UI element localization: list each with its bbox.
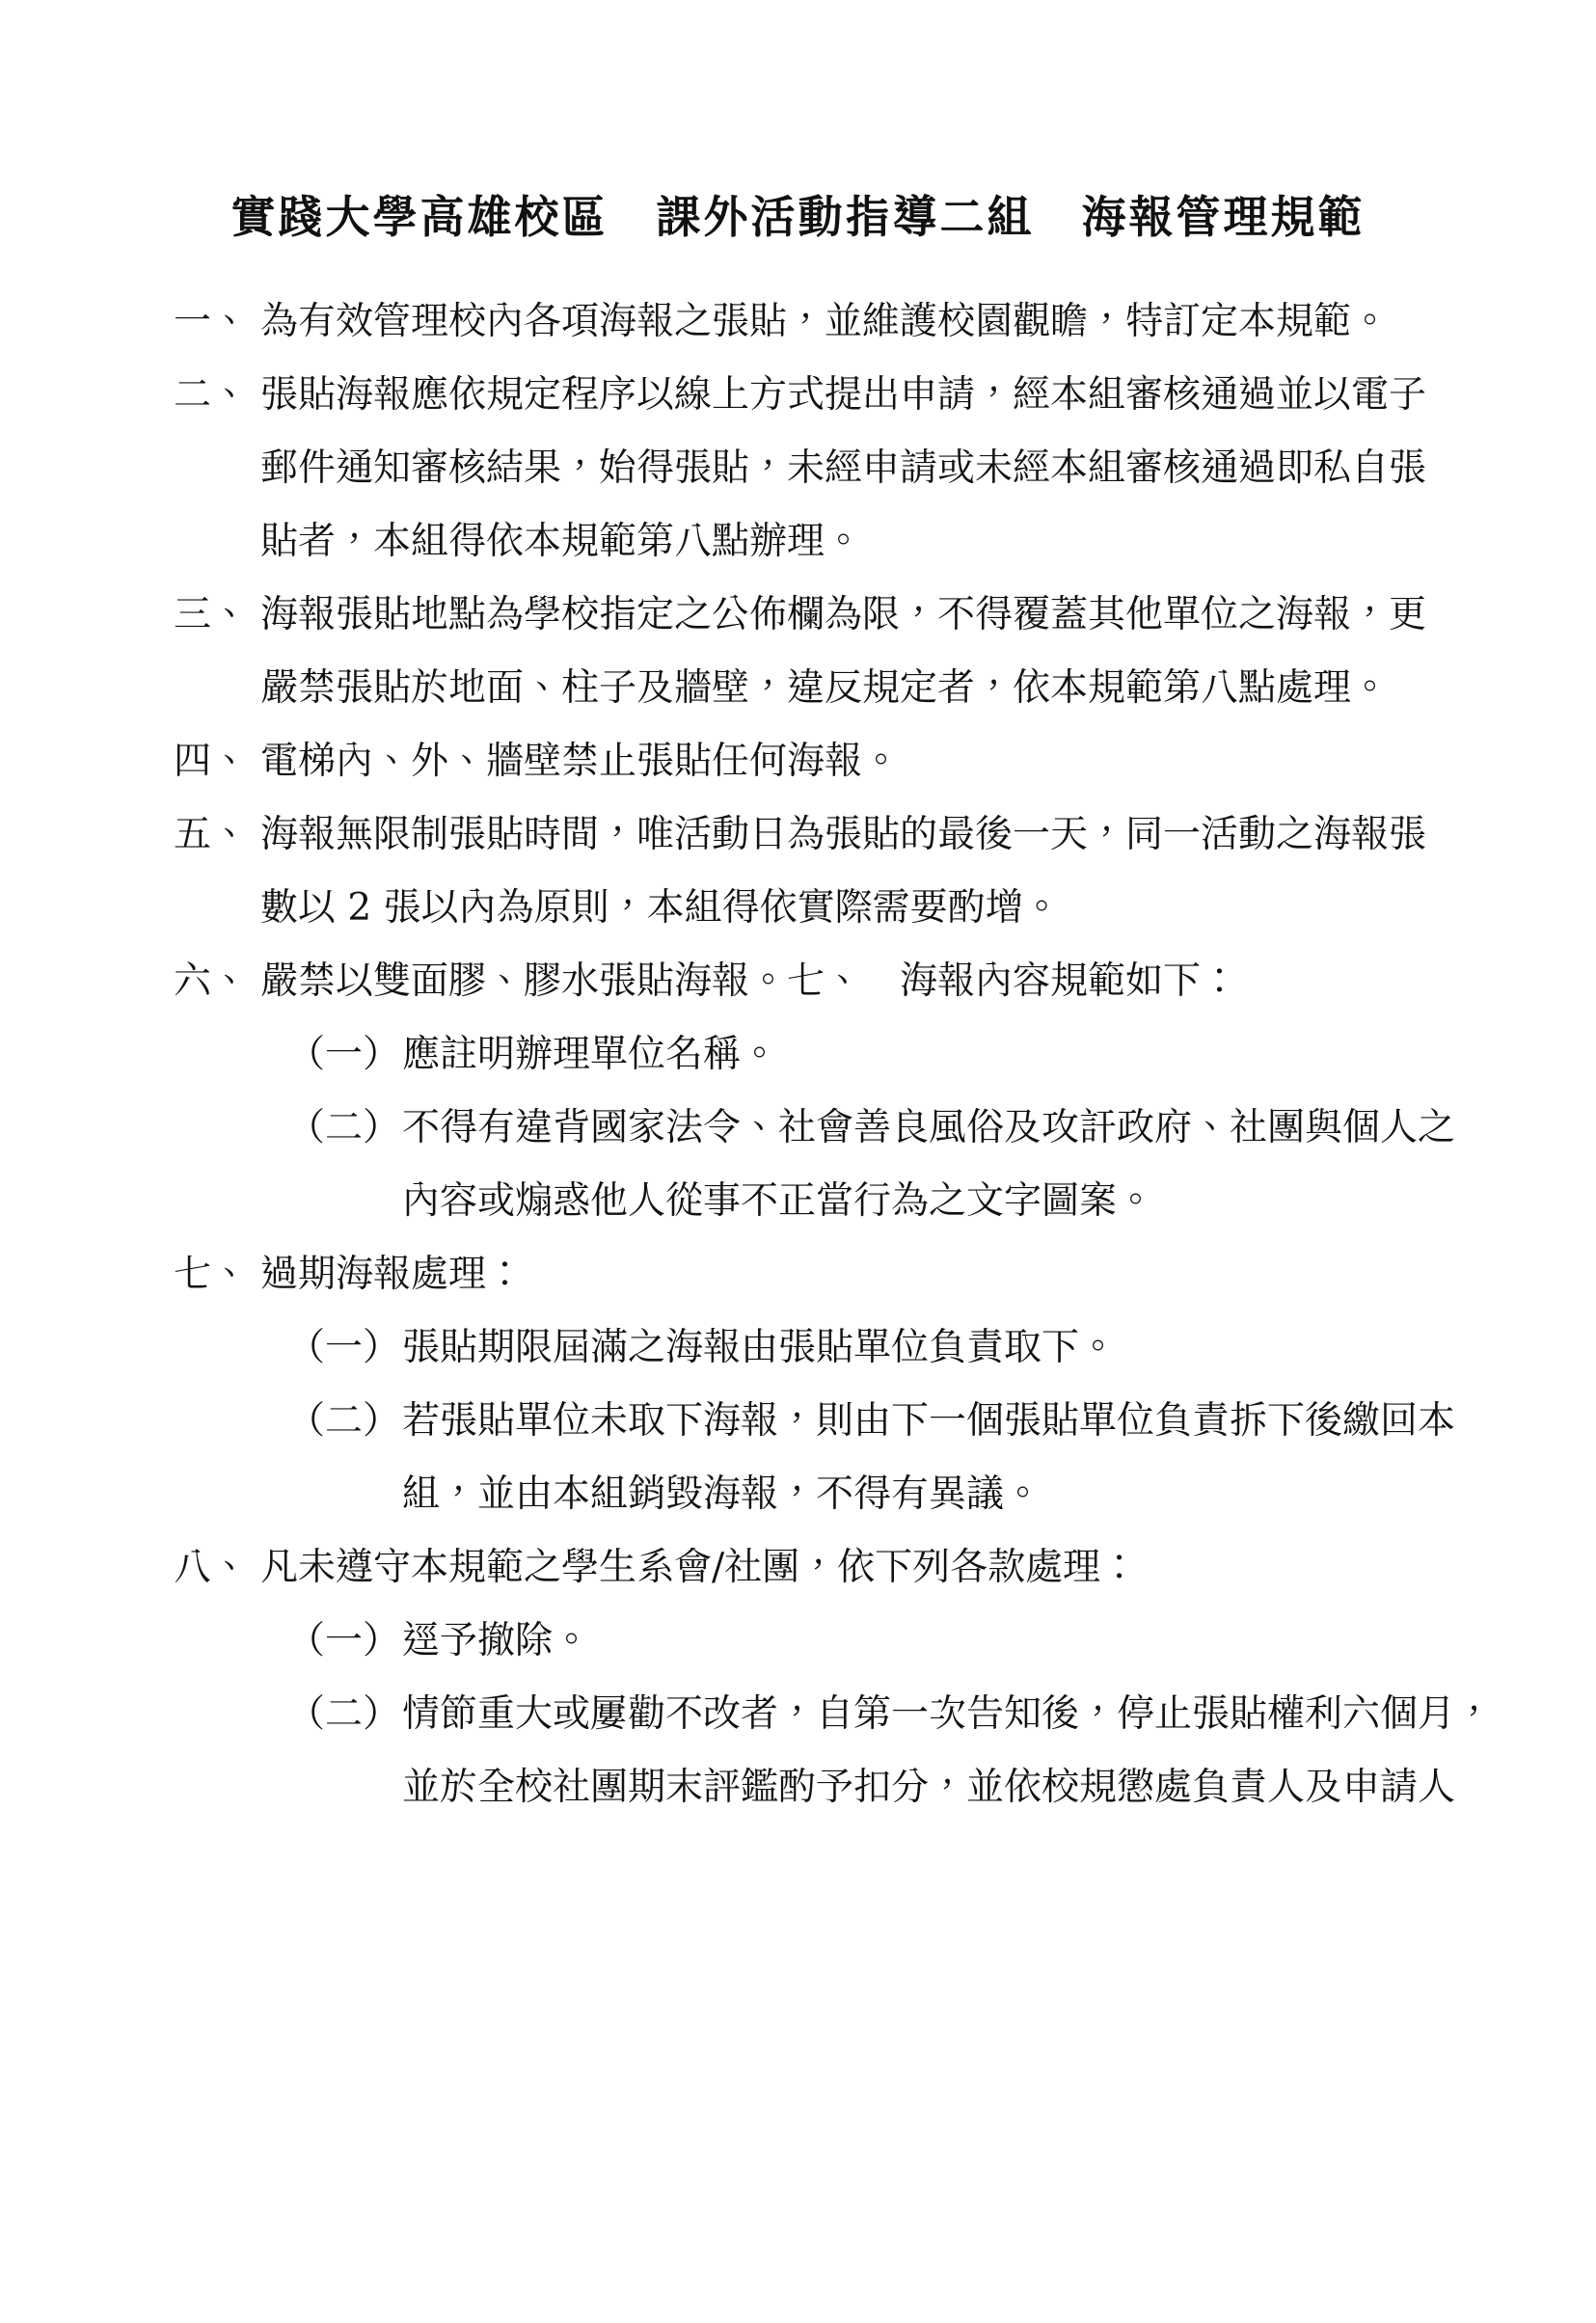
item-line: 凡未遵守本規範之學生系會/社團，依下列各款處理： xyxy=(260,1531,1138,1605)
item-line: 內容或煽惑他人從事不正當行為之文字圖案。 xyxy=(402,1165,1455,1238)
list-item: 七、 過期海報處理： xyxy=(0,1238,1596,1311)
item-text: 張貼海報應依規定程序以線上方式提出申請，經本組審核通過並以電子郵件通知審核結果，… xyxy=(260,359,1426,579)
item-line: 數以 2 張以內為原則，本組得依實際需要酌增。 xyxy=(260,872,1426,945)
item-line: 郵件通知審核結果，始得張貼，未經申請或未經本組審核通過即私自張 xyxy=(260,432,1426,505)
item-line: 電梯內、外、牆壁禁止張貼任何海報。 xyxy=(260,725,900,798)
item-line: 若張貼單位未取下海報，則由下一個張貼單位負責拆下後繳回本 xyxy=(402,1385,1455,1458)
item-line: 為有效管理校內各項海報之張貼，並維護校園觀瞻，特訂定本規範。 xyxy=(260,285,1389,359)
item-text: 海報張貼地點為學校指定之公佈欄為限，不得覆蓋其他單位之海報，更嚴禁張貼於地面、柱… xyxy=(260,579,1426,725)
list-item: （一） 張貼期限屆滿之海報由張貼單位負責取下。 xyxy=(0,1311,1596,1385)
item-text: 逕予撤除。 xyxy=(402,1605,590,1678)
item-line: 張貼海報應依規定程序以線上方式提出申請，經本組審核通過並以電子 xyxy=(260,359,1426,432)
item-text: 應註明辦理單位名稱。 xyxy=(402,1018,778,1092)
item-text: 情節重大或屢勸不改者，自第一次告知後，停止張貼權利六個月，並於全校社團期末評鑑酌… xyxy=(402,1678,1493,1824)
item-line: 貼者，本組得依本規範第八點辦理。 xyxy=(260,505,1426,579)
item-line: 海報張貼地點為學校指定之公佈欄為限，不得覆蓋其他單位之海報，更 xyxy=(260,579,1426,652)
item-line: 過期海報處理： xyxy=(260,1238,524,1311)
item-number: 七、 xyxy=(174,1238,260,1311)
item-line: 不得有違背國家法令、社會善良風俗及攻訐政府、社團與個人之 xyxy=(402,1092,1455,1165)
item-number: 六、 xyxy=(174,945,260,1018)
list-item: （一） 應註明辦理單位名稱。 xyxy=(0,1018,1596,1092)
list-item: （二） 情節重大或屢勸不改者，自第一次告知後，停止張貼權利六個月，並於全校社團期… xyxy=(0,1678,1596,1824)
item-number: （一） xyxy=(287,1018,400,1092)
item-number: 八、 xyxy=(174,1531,260,1605)
item-line: 嚴禁張貼於地面、柱子及牆壁，違反規定者，依本規範第八點處理。 xyxy=(260,652,1426,725)
item-line: 張貼期限屆滿之海報由張貼單位負責取下。 xyxy=(402,1311,1117,1385)
item-text: 海報無限制張貼時間，唯活動日為張貼的最後一天，同一活動之海報張數以 2 張以內為… xyxy=(260,798,1426,945)
list-item: 六、 嚴禁以雙面膠、膠水張貼海報。七、 海報內容規範如下： xyxy=(0,945,1596,1018)
regulation-list: 一、 為有效管理校內各項海報之張貼，並維護校園觀瞻，特訂定本規範。 二、 張貼海… xyxy=(0,285,1596,1824)
list-item: （二） 不得有違背國家法令、社會善良風俗及攻訐政府、社團與個人之內容或煽惑他人從… xyxy=(0,1092,1596,1238)
list-item: 四、 電梯內、外、牆壁禁止張貼任何海報。 xyxy=(0,725,1596,798)
list-item: （一） 逕予撤除。 xyxy=(0,1605,1596,1678)
list-item: 二、 張貼海報應依規定程序以線上方式提出申請，經本組審核通過並以電子郵件通知審核… xyxy=(0,359,1596,579)
item-line: 組，並由本組銷毀海報，不得有異議。 xyxy=(402,1458,1455,1531)
item-number: 二、 xyxy=(174,359,260,432)
item-number: （一） xyxy=(287,1311,400,1385)
item-text: 不得有違背國家法令、社會善良風俗及攻訐政府、社團與個人之內容或煽惑他人從事不正當… xyxy=(402,1092,1455,1238)
list-item: 三、 海報張貼地點為學校指定之公佈欄為限，不得覆蓋其他單位之海報，更嚴禁張貼於地… xyxy=(0,579,1596,725)
item-text: 若張貼單位未取下海報，則由下一個張貼單位負責拆下後繳回本組，並由本組銷毀海報，不… xyxy=(402,1385,1455,1531)
item-number: 五、 xyxy=(174,798,260,872)
item-number: 三、 xyxy=(174,579,260,652)
item-number: 四、 xyxy=(174,725,260,798)
list-item: 五、 海報無限制張貼時間，唯活動日為張貼的最後一天，同一活動之海報張數以 2 張… xyxy=(0,798,1596,945)
list-item: 八、 凡未遵守本規範之學生系會/社團，依下列各款處理： xyxy=(0,1531,1596,1605)
item-text: 凡未遵守本規範之學生系會/社團，依下列各款處理： xyxy=(260,1531,1138,1605)
item-text: 嚴禁以雙面膠、膠水張貼海報。七、 海報內容規範如下： xyxy=(260,945,1238,1018)
item-number: 一、 xyxy=(174,285,260,359)
item-number: （二） xyxy=(287,1092,400,1165)
item-line: 逕予撤除。 xyxy=(402,1605,590,1678)
item-line: 海報無限制張貼時間，唯活動日為張貼的最後一天，同一活動之海報張 xyxy=(260,798,1426,872)
item-text: 電梯內、外、牆壁禁止張貼任何海報。 xyxy=(260,725,900,798)
item-number: （二） xyxy=(287,1385,400,1458)
item-line: 應註明辦理單位名稱。 xyxy=(402,1018,778,1092)
item-number: （二） xyxy=(287,1678,400,1751)
item-line: 並於全校社團期末評鑑酌予扣分，並依校規懲處負責人及申請人 xyxy=(402,1751,1493,1824)
item-text: 為有效管理校內各項海報之張貼，並維護校園觀瞻，特訂定本規範。 xyxy=(260,285,1389,359)
item-line: 情節重大或屢勸不改者，自第一次告知後，停止張貼權利六個月， xyxy=(402,1678,1493,1751)
list-item: （二） 若張貼單位未取下海報，則由下一個張貼單位負責拆下後繳回本組，並由本組銷毀… xyxy=(0,1385,1596,1531)
page-title: 實踐大學高雄校區 課外活動指導二組 海報管理規範 xyxy=(0,183,1596,251)
item-text: 張貼期限屆滿之海報由張貼單位負責取下。 xyxy=(402,1311,1117,1385)
list-item: 一、 為有效管理校內各項海報之張貼，並維護校園觀瞻，特訂定本規範。 xyxy=(0,285,1596,359)
item-number: （一） xyxy=(287,1605,400,1678)
document-page: 實踐大學高雄校區 課外活動指導二組 海報管理規範 一、 為有效管理校內各項海報之… xyxy=(0,0,1596,2323)
item-text: 過期海報處理： xyxy=(260,1238,524,1311)
item-line: 嚴禁以雙面膠、膠水張貼海報。七、 海報內容規範如下： xyxy=(260,945,1238,1018)
